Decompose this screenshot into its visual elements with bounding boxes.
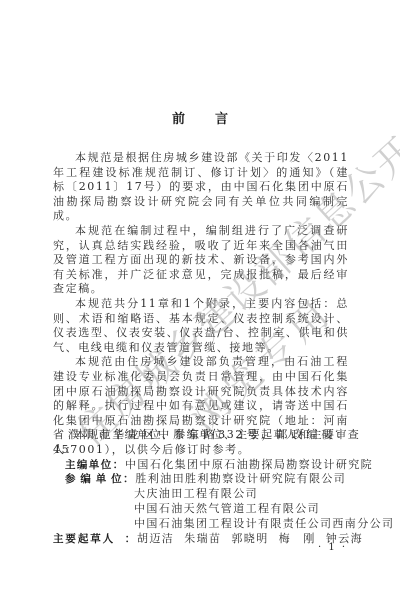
- paragraph-1: 本规范是根据住房城乡建设部《关于印发〈2011年工程建设标准规范制订、修订计划〉…: [53, 151, 349, 224]
- page-title: 前言: [0, 108, 400, 127]
- participating-unit-value: 中国石油集团工程设计有限责任公司西南分公司: [134, 517, 394, 532]
- drafter-name: 梅 刚: [279, 532, 316, 547]
- colon: ：: [113, 458, 125, 473]
- participating-unit-value: 胜利油田胜利勘察设计研究院有限公司: [135, 472, 346, 487]
- paragraph-3: 本规范共分11章和1个附录，主要内容包括：总则、术语和缩略语、基本规定、仪表控制…: [53, 297, 349, 355]
- participating-unit-row: 中国石油天然气管道工程有限公司: [53, 502, 373, 517]
- chief-unit-row: 主编单位：中国石化集团中原石油勘探局勘察设计研究院: [53, 458, 373, 473]
- credits-intro: 本规范主编单位、参编单位、主要起草人和主要审查人：: [53, 428, 373, 458]
- page-number: · 1 ·: [318, 542, 347, 553]
- participating-unit-value: 中国石油天然气管道工程有限公司: [134, 502, 320, 517]
- drafters-label: 主要起草人: [53, 532, 115, 547]
- participating-unit-row: 中国石油集团工程设计有限责任公司西南分公司: [53, 517, 373, 532]
- colon: ：: [125, 532, 137, 547]
- participating-unit-value: 大庆油田工程有限公司: [134, 487, 258, 502]
- chief-unit-value: 中国石化集团中原石油勘探局勘察设计研究院: [125, 458, 373, 473]
- preface-body: 本规范是根据住房城乡建设部《关于印发〈2011年工程建设标准规范制订、修订计划〉…: [53, 151, 349, 457]
- participating-unit-label: 参编单位: [65, 472, 123, 487]
- colon: ：: [123, 472, 135, 487]
- participating-unit-row: 参编单位：胜利油田胜利勘察设计研究院有限公司: [53, 472, 373, 487]
- participating-unit-row: 大庆油田工程有限公司: [53, 487, 373, 502]
- credits-section: 本规范主编单位、参编单位、主要起草人和主要审查人： 主编单位：中国石化集团中原石…: [53, 428, 373, 546]
- drafter-name: 郭晓明: [231, 532, 268, 547]
- drafter-name: 朱瑞苗: [184, 532, 221, 547]
- document-page: 前言 本规范是根据住房城乡建设部《关于印发〈2011年工程建设标准规范制订、修订…: [0, 0, 400, 590]
- paragraph-2: 本规范在编制过程中，编制组进行了广泛调查研究，认真总结实践经验，吸收了近年来全国…: [53, 224, 349, 297]
- drafter-name: 胡迈洁: [137, 532, 174, 547]
- chief-unit-label: 主编单位: [65, 458, 113, 473]
